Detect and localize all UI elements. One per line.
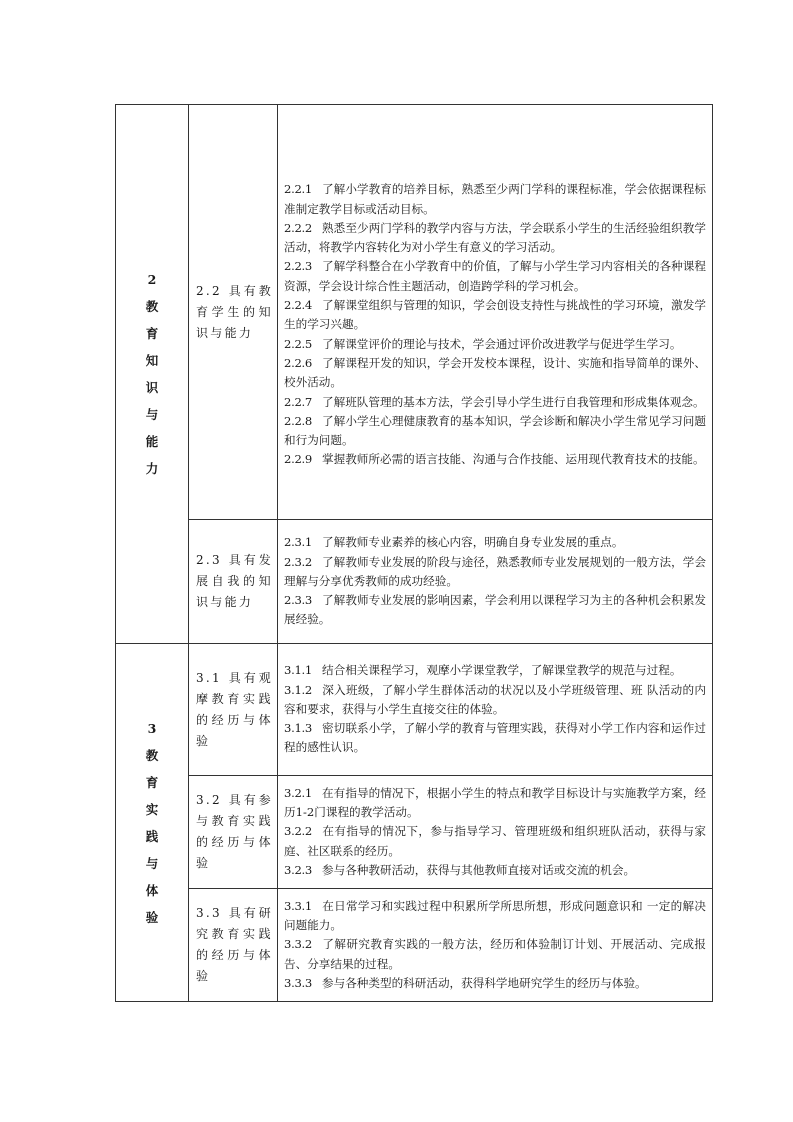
item-number: 3.3.1 [284, 899, 312, 913]
section-title-char: 育 [116, 769, 188, 796]
item-number: 2.3.1 [284, 535, 312, 549]
item-text: 了解教师专业素养的核心内容，明确自身专业发展的重点。 [322, 535, 623, 549]
section-title-char: 实 [116, 796, 188, 823]
item-text: 深入班级，了解小学生群体活动的状况以及小学班级管理、班 队活动的内容和要求，获得… [284, 683, 706, 716]
item-text: 了解课堂组织与管理的知识，学会创设支持性与挑战性的学习环境，激发学生的学习兴趣。 [284, 298, 706, 331]
list-item: 2.3.3了解教师专业发展的影响因素，学会利用以课程学习为主的各种机会积累发展经… [284, 591, 706, 630]
item-text: 掌握教师所必需的语言技能、沟通与合作技能、运用现代教育技术的技能。 [322, 452, 705, 466]
document-page: 2 教 育 知 识 与 能 力 2.2 具有教育学生的知识与能力 2.2.1了解… [0, 0, 793, 1122]
section-title-char: 育 [116, 320, 188, 347]
section-number: 2 [116, 266, 188, 293]
section-title-char: 践 [116, 823, 188, 850]
list-item: 3.2.1在有指导的情况下，根据小学生的特点和教学目标设计与实施教学方案，经历1… [284, 784, 706, 823]
item-number: 2.2.3 [284, 259, 312, 273]
section-title-char: 教 [116, 742, 188, 769]
item-text: 密切联系小学，了解小学的教育与管理实践，获得对小学工作内容和运作过程的感性认识。 [284, 721, 706, 754]
section-title-char: 与 [116, 401, 188, 428]
section-2-heading: 2 教 育 知 识 与 能 力 [116, 105, 189, 644]
item-text: 参与各种教研活动，获得与其他教师直接对话或交流的机会。 [322, 863, 635, 877]
item-number: 3.2.2 [284, 824, 312, 838]
item-number: 3.1.1 [284, 663, 312, 677]
item-number: 2.2.7 [284, 395, 312, 409]
subsection-items: 3.1.1结合相关课程学习，观摩小学课堂教学，了解课堂教学的规范与过程。 3.1… [278, 644, 713, 776]
item-text: 结合相关课程学习，观摩小学课堂教学，了解课堂教学的规范与过程。 [322, 663, 681, 677]
item-number: 2.3.3 [284, 593, 312, 607]
item-text: 了解课堂评价的理论与技术，学会通过评价改进教学与促进学生学习。 [322, 337, 681, 351]
subsection-label: 3.3 具有研究教育实践的经历与体验 [189, 889, 278, 1002]
list-item: 2.2.7了解班队管理的基本方法，学会引导小学生进行自我管理和形成集体观念。 [284, 393, 706, 412]
item-number: 2.2.8 [284, 414, 312, 428]
list-item: 2.3.2了解教师专业发展的阶段与途径，熟悉教师专业发展规划的一般方法，学会理解… [284, 553, 706, 592]
list-item: 2.3.1了解教师专业素养的核心内容，明确自身专业发展的重点。 [284, 533, 706, 552]
subsection-label: 3.1 具有观摩教育实践的经历与体验 [189, 644, 278, 776]
item-text: 了解教师专业发展的影响因素，学会利用以课程学习为主的各种机会积累发展经验。 [284, 593, 706, 626]
section-title-char: 力 [116, 455, 188, 482]
item-number: 2.2.5 [284, 337, 312, 351]
table-row: 2.3 具有发展自我的知识与能力 2.3.1了解教师专业素养的核心内容，明确自身… [116, 520, 713, 644]
section-title-char: 教 [116, 293, 188, 320]
item-number: 2.2.2 [284, 221, 312, 235]
section-title-char: 验 [116, 904, 188, 931]
subsection-items: 3.2.1在有指导的情况下，根据小学生的特点和教学目标设计与实施教学方案，经历1… [278, 776, 713, 889]
list-item: 3.1.2深入班级，了解小学生群体活动的状况以及小学班级管理、班 队活动的内容和… [284, 681, 706, 720]
list-item: 2.2.9掌握教师所必需的语言技能、沟通与合作技能、运用现代教育技术的技能。 [284, 450, 706, 469]
list-item: 3.3.1在日常学习和实践过程中积累所学所思所想，形成问题意识和 一定的解决问题… [284, 897, 706, 936]
item-number: 3.3.3 [284, 976, 312, 990]
item-text: 了解小学教育的培养目标，熟悉至少两门学科的课程标准，学会依据课程标准制定教学目标… [284, 182, 706, 215]
table-row: 3.3 具有研究教育实践的经历与体验 3.3.1在日常学习和实践过程中积累所学所… [116, 889, 713, 1002]
subsection-label: 2.2 具有教育学生的知识与能力 [189, 105, 278, 520]
item-number: 2.2.9 [284, 452, 312, 466]
subsection-label: 2.3 具有发展自我的知识与能力 [189, 520, 278, 644]
list-item: 2.2.4了解课堂组织与管理的知识，学会创设支持性与挑战性的学习环境，激发学生的… [284, 296, 706, 335]
item-number: 2.2.4 [284, 298, 312, 312]
subsection-items: 2.3.1了解教师专业素养的核心内容，明确自身专业发展的重点。 2.3.2了解教… [278, 520, 713, 644]
item-number: 3.3.2 [284, 937, 312, 951]
item-number: 2.2.6 [284, 356, 312, 370]
standards-table: 2 教 育 知 识 与 能 力 2.2 具有教育学生的知识与能力 2.2.1了解… [115, 104, 713, 1002]
item-text: 了解教师专业发展的阶段与途径，熟悉教师专业发展规划的一般方法，学会理解与分享优秀… [284, 555, 706, 588]
item-text: 在有指导的情况下，根据小学生的特点和教学目标设计与实施教学方案，经历1-2门课程… [284, 786, 706, 819]
item-number: 3.1.2 [284, 683, 312, 697]
section-number: 3 [116, 715, 188, 742]
list-item: 2.2.5了解课堂评价的理论与技术，学会通过评价改进教学与促进学生学习。 [284, 335, 706, 354]
item-number: 3.2.3 [284, 863, 312, 877]
item-text: 在日常学习和实践过程中积累所学所思所想，形成问题意识和 一定的解决问题能力。 [284, 899, 706, 932]
subsection-items: 3.3.1在日常学习和实践过程中积累所学所思所想，形成问题意识和 一定的解决问题… [278, 889, 713, 1002]
list-item: 3.2.2在有指导的情况下，参与指导学习、管理班级和组织班队活动，获得与家庭、社… [284, 822, 706, 861]
item-text: 参与各种类型的科研活动，获得科学地研究学生的经历与体验。 [322, 976, 647, 990]
item-number: 2.3.2 [284, 555, 312, 569]
list-item: 3.1.3密切联系小学，了解小学的教育与管理实践，获得对小学工作内容和运作过程的… [284, 719, 706, 758]
list-item: 3.1.1结合相关课程学习，观摩小学课堂教学，了解课堂教学的规范与过程。 [284, 661, 706, 680]
item-number: 2.2.1 [284, 182, 312, 196]
section-3-heading: 3 教 育 实 践 与 体 验 [116, 644, 189, 1002]
item-text: 了解研究教育实践的一般方法，经历和体验制订计划、开展活动、完成报告、分享结果的过… [284, 937, 706, 970]
section-title-char: 识 [116, 374, 188, 401]
section-title-char: 知 [116, 347, 188, 374]
item-text: 在有指导的情况下，参与指导学习、管理班级和组织班队活动，获得与家庭、社区联系的经… [284, 824, 706, 857]
item-number: 3.2.1 [284, 786, 312, 800]
section-title-char: 能 [116, 428, 188, 455]
list-item: 2.2.8了解小学生心理健康教育的基本知识，学会诊断和解决小学生常见学习问题和行… [284, 412, 706, 451]
item-text: 了解学科整合在小学教育中的价值，了解与小学生学习内容相关的各种课程资源，学会设计… [284, 259, 706, 292]
item-text: 了解小学生心理健康教育的基本知识，学会诊断和解决小学生常见学习问题和行为问题。 [284, 414, 706, 447]
list-item: 2.2.6了解课程开发的知识，学会开发校本课程，设计、实施和指导简单的课外、校外… [284, 354, 706, 393]
subsection-items: 2.2.1了解小学教育的培养目标，熟悉至少两门学科的课程标准，学会依据课程标准制… [278, 105, 713, 520]
list-item: 2.2.1了解小学教育的培养目标，熟悉至少两门学科的课程标准，学会依据课程标准制… [284, 180, 706, 219]
list-item: 3.2.3参与各种教研活动，获得与其他教师直接对话或交流的机会。 [284, 861, 706, 880]
table-row: 3.2 具有参与教育实践的经历与体验 3.2.1在有指导的情况下，根据小学生的特… [116, 776, 713, 889]
item-text: 了解课程开发的知识，学会开发校本课程，设计、实施和指导简单的课外、校外活动。 [284, 356, 706, 389]
list-item: 2.2.3了解学科整合在小学教育中的价值，了解与小学生学习内容相关的各种课程资源… [284, 257, 706, 296]
list-item: 3.3.3参与各种类型的科研活动，获得科学地研究学生的经历与体验。 [284, 974, 706, 993]
item-text: 熟悉至少两门学科的教学内容与方法，学会联系小学生的生活经验组织教学活动，将教学内… [284, 221, 706, 254]
section-title-char: 与 [116, 850, 188, 877]
subsection-label: 3.2 具有参与教育实践的经历与体验 [189, 776, 278, 889]
table-row: 3 教 育 实 践 与 体 验 3.1 具有观摩教育实践的经历与体验 3.1.1… [116, 644, 713, 776]
item-number: 3.1.3 [284, 721, 312, 735]
list-item: 3.3.2了解研究教育实践的一般方法，经历和体验制订计划、开展活动、完成报告、分… [284, 935, 706, 974]
table-row: 2 教 育 知 识 与 能 力 2.2 具有教育学生的知识与能力 2.2.1了解… [116, 105, 713, 520]
item-text: 了解班队管理的基本方法，学会引导小学生进行自我管理和形成集体观念。 [322, 395, 705, 409]
list-item: 2.2.2熟悉至少两门学科的教学内容与方法，学会联系小学生的生活经验组织教学活动… [284, 219, 706, 258]
section-title-char: 体 [116, 877, 188, 904]
